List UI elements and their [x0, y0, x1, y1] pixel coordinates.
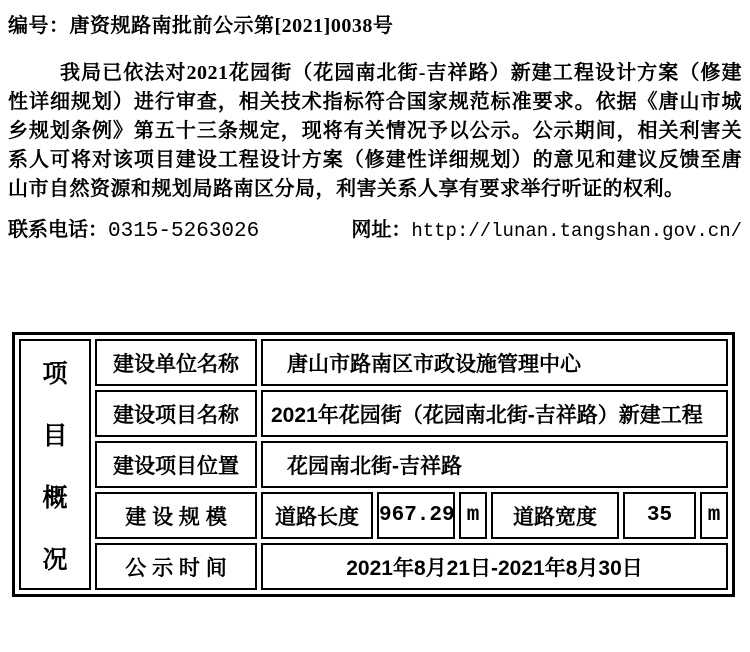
row-value-construction-unit: 唐山市路南区市政设施管理中心: [261, 339, 728, 386]
row-value-project-name: 2021年花园街（花园南北街-吉祥路）新建工程: [261, 390, 728, 437]
row-value-project-location: 花园南北街-吉祥路: [261, 441, 728, 488]
phone-label: 联系电话：: [8, 219, 108, 241]
table-row: 项 目 概 况 建设单位名称 唐山市路南区市政设施管理中心: [19, 339, 728, 386]
contact-row: 联系电话：0315-5263026 网址：http://lunan.tangsh…: [8, 216, 742, 246]
website-label: 网址：: [351, 219, 411, 241]
road-width-value: 35: [623, 492, 696, 539]
group-label-vertical: 项 目 概 况: [21, 354, 89, 576]
table-row: 建 设 规 模 道路长度 967.293 m 道路宽度 35 m: [19, 492, 728, 539]
group-label-cell: 项 目 概 况: [19, 339, 91, 590]
row-label-construction-unit: 建设单位名称: [95, 339, 257, 386]
road-length-label: 道路长度: [261, 492, 373, 539]
road-length-unit: m: [459, 492, 487, 539]
public-notice-document: 编号：唐资规路南批前公示第[2021]0038号 我局已依法对2021花园街（花…: [0, 0, 750, 652]
road-width-label: 道路宽度: [491, 492, 619, 539]
row-label-publicity-period: 公 示 时 间: [95, 543, 257, 590]
table-row: 建设项目名称 2021年花园街（花园南北街-吉祥路）新建工程: [19, 390, 728, 437]
notice-body-paragraph: 我局已依法对2021花园街（花园南北街-吉祥路）新建工程设计方案（修建性详细规划…: [8, 59, 742, 204]
phone-value: 0315-5263026: [108, 220, 259, 243]
phone-line: 联系电话：0315-5263026: [8, 216, 259, 246]
website-value: http://lunan.tangshan.gov.cn/: [411, 220, 742, 242]
project-overview-table: 项 目 概 况 建设单位名称 唐山市路南区市政设施管理中心 建设项目名称 202…: [12, 332, 735, 597]
table-row: 建设项目位置 花园南北街-吉祥路: [19, 441, 728, 488]
row-label-construction-scale: 建 设 规 模: [95, 492, 257, 539]
group-char: 概: [42, 478, 67, 514]
website-line: 网址：http://lunan.tangshan.gov.cn/: [351, 216, 742, 246]
row-label-project-location: 建设项目位置: [95, 441, 257, 488]
group-char: 况: [42, 540, 67, 576]
row-label-project-name: 建设项目名称: [95, 390, 257, 437]
road-length-value: 967.293: [377, 492, 455, 539]
table-row: 公 示 时 间 2021年8月21日-2021年8月30日: [19, 543, 728, 590]
document-number: 编号：唐资规路南批前公示第[2021]0038号: [8, 12, 742, 41]
group-char: 目: [42, 416, 67, 452]
road-width-unit: m: [700, 492, 728, 539]
row-value-publicity-period: 2021年8月21日-2021年8月30日: [261, 543, 728, 590]
group-char: 项: [42, 354, 67, 390]
